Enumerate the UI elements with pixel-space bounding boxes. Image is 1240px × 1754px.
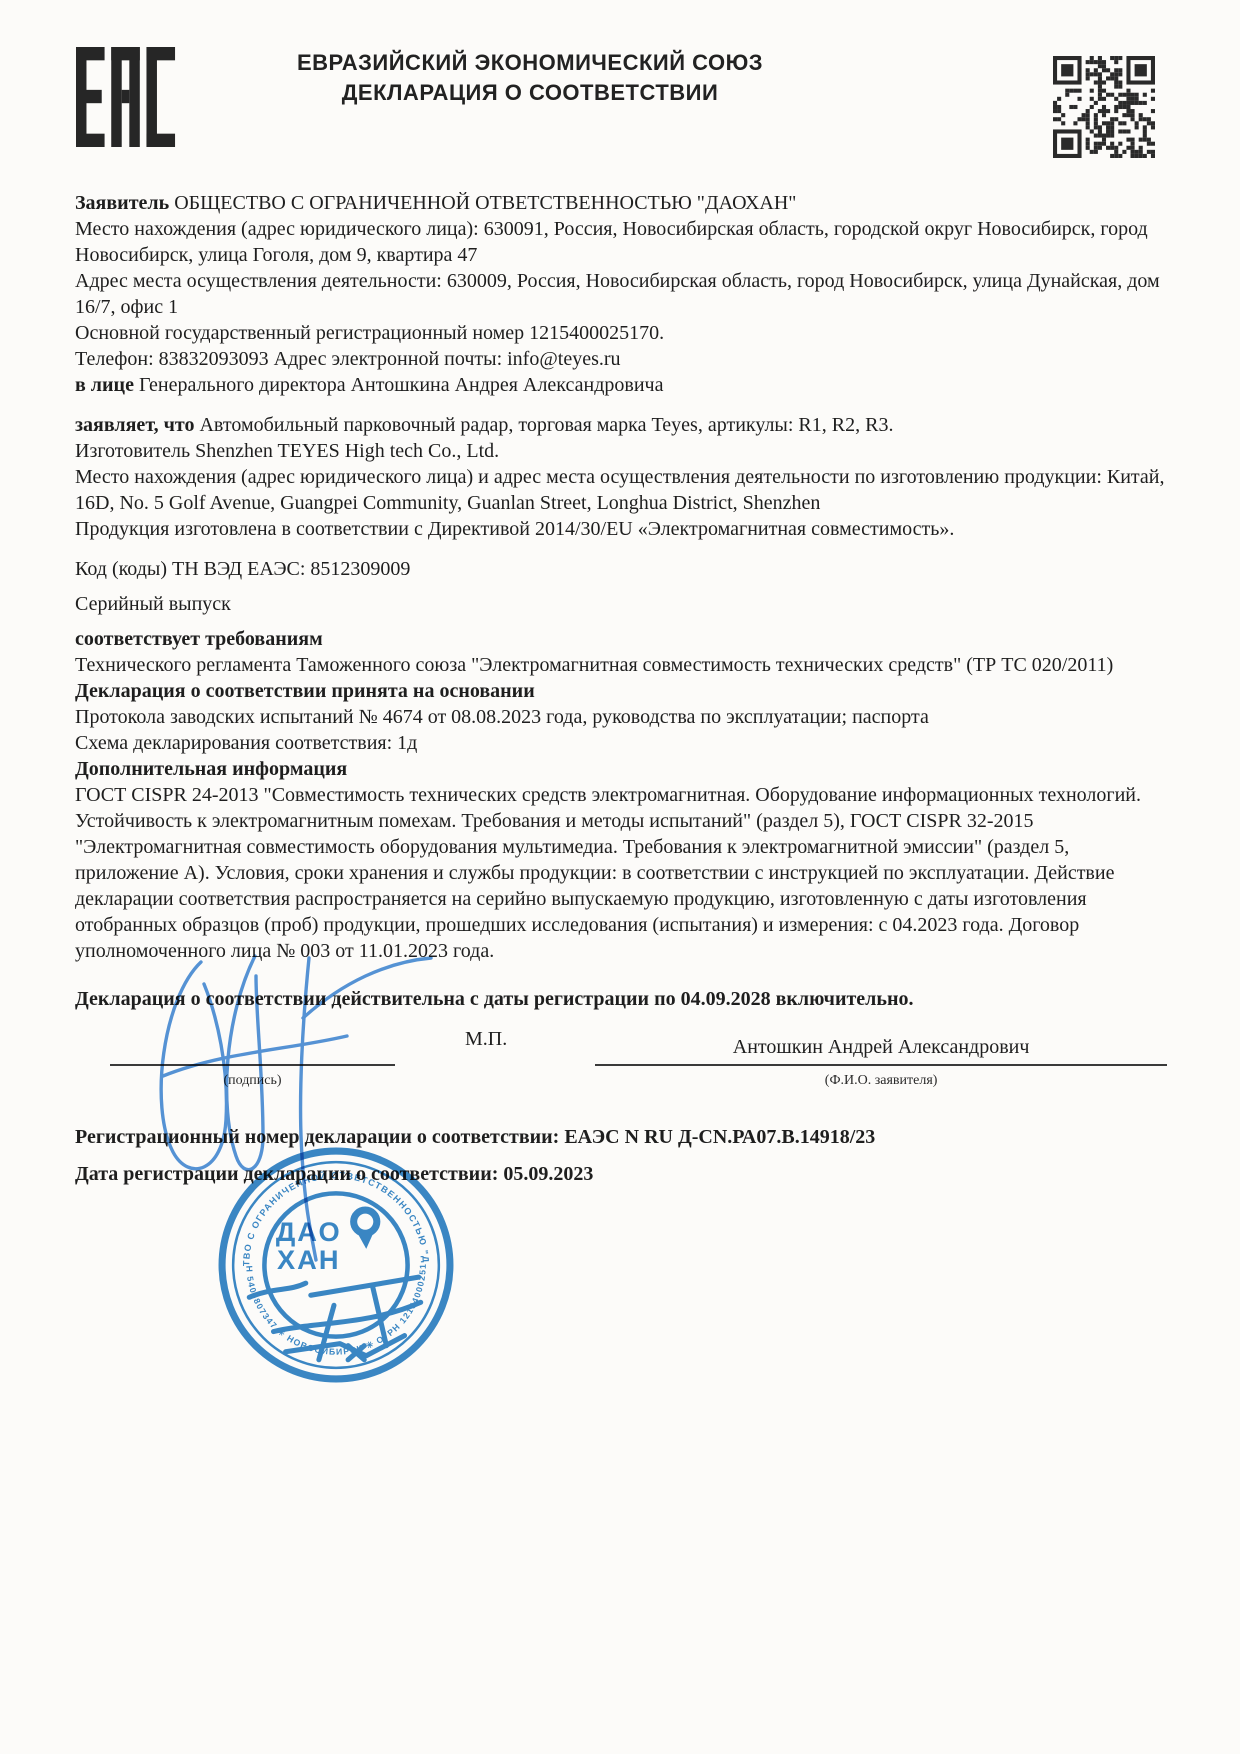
para-declares: заявляет, что Автомобильный парковочный … [75,412,1167,438]
stamp-center-line1: ДАО [276,1216,342,1247]
signature-caption: (подпись) [110,1066,395,1094]
para-address-legal: Место нахождения (адрес юридического лиц… [75,216,1167,268]
para-basis: Протокола заводских испытаний № 4674 от … [75,704,1167,730]
para-applicant: Заявитель ОБЩЕСТВО С ОГРАНИЧЕННОЙ ОТВЕТС… [75,190,1167,216]
declarant-caption: (Ф.И.О. заявителя) [595,1066,1167,1094]
qr-code-icon [1053,56,1155,158]
para-additional: ГОСТ CISPR 24-2013 "Совместимость технич… [75,782,1167,964]
applicant-name: ОБЩЕСТВО С ОГРАНИЧЕННОЙ ОТВЕТСТВЕННОСТЬЮ… [174,192,796,214]
document-body: Заявитель ОБЩЕСТВО С ОГРАНИЧЕННОЙ ОТВЕТС… [75,190,1167,1187]
para-tnved: Код (коды) ТН ВЭД ЕАЭС: 8512309009 [75,556,1167,582]
stamp-center-line2: ХАН [277,1244,341,1275]
para-address-actual: Адрес места осуществления деятельности: … [75,268,1167,320]
registration-number: Регистрационный номер декларации о соотв… [75,1124,1167,1150]
registration-date: Дата регистрации декларации о соответств… [75,1161,1167,1187]
heading-basis: Декларация о соответствии принята на осн… [75,678,1167,704]
para-validity: Декларация о соответствии действительна … [75,986,1167,1012]
declarant-name: Антошкин Андрей Александрович [595,1034,1167,1060]
para-ogrn: Основной государственный регистрационный… [75,320,1167,346]
in-person-value: Генерального директора Антошкина Андрея … [139,374,664,396]
para-scheme: Схема декларирования соответствия: 1д [75,730,1167,756]
para-in-person: в лице Генерального директора Антошкина … [75,372,1167,398]
para-contacts: Телефон: 83832093093 Адрес электронной п… [75,346,1167,372]
declarant-field: Антошкин Андрей Александрович (Ф.И.О. за… [595,1034,1167,1094]
map-pin-icon [354,1210,377,1249]
declares-value: Автомобильный парковочный радар, торгова… [199,414,893,436]
declares-label: заявляет, что [75,414,194,436]
registration-block: Регистрационный номер декларации о соотв… [75,1124,1167,1187]
in-person-label: в лице [75,374,134,396]
stamp-place-label: М.П. [465,1026,507,1052]
title-line-1: ЕВРАЗИЙСКИЙ ЭКОНОМИЧЕСКИЙ СОЮЗ [160,48,900,78]
para-directive: Продукция изготовлена в соответствии с Д… [75,516,1167,542]
para-manufacturer-address: Место нахождения (адрес юридического лиц… [75,464,1167,516]
signature-row: (подпись) М.П. Антошкин Андрей Александр… [75,1026,1167,1094]
heading-complies: соответствует требованиям [75,626,1167,652]
title-line-2: ДЕКЛАРАЦИЯ О СООТВЕТСТВИИ [160,78,900,108]
declaration-document: ЕВРАЗИЙСКИЙ ЭКОНОМИЧЕСКИЙ СОЮЗ ДЕКЛАРАЦИ… [0,0,1240,1754]
document-title: ЕВРАЗИЙСКИЙ ЭКОНОМИЧЕСКИЙ СОЮЗ ДЕКЛАРАЦИ… [160,48,900,108]
para-regulation: Технического регламента Таможенного союз… [75,652,1167,678]
heading-additional: Дополнительная информация [75,756,1167,782]
para-manufacturer: Изготовитель Shenzhen TEYES High tech Co… [75,438,1167,464]
para-serial: Серийный выпуск [75,591,1167,617]
applicant-label: Заявитель [75,192,169,214]
signature-field: (подпись) [110,1064,395,1094]
stamp-map-sketch [249,1277,420,1360]
